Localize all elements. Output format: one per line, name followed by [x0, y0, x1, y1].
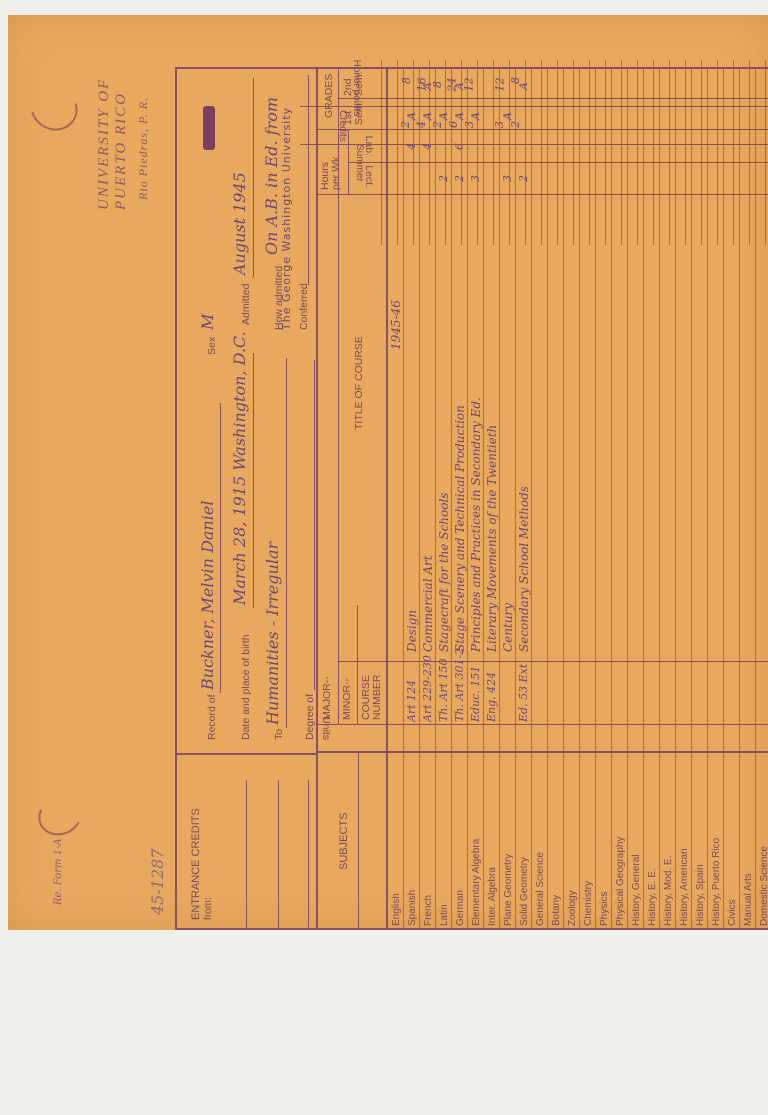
title-of-course-header: TITLE OF COURSE: [353, 336, 365, 430]
entrance-credits-from: from:: [203, 897, 214, 920]
subjects-units-divider: [358, 752, 359, 930]
course-title: Stagecraft for the Schools: [437, 493, 451, 652]
degree-label: Degree of: [304, 694, 316, 740]
credits-value: 4: [415, 121, 428, 128]
credits-value: 2: [509, 121, 522, 128]
stain-mark: [22, 77, 86, 139]
conferred-label: Conferred: [298, 283, 310, 330]
honor-points-value: 16: [416, 78, 429, 92]
course-title: Stage Scenery and Technical Production: [453, 405, 467, 652]
course-number-header: COURSE NUMBER: [361, 660, 383, 720]
course-number: Eng. 424: [485, 672, 498, 722]
dob-underline: [253, 353, 254, 608]
credits-value: 2: [399, 121, 412, 128]
summer-header: Summer: [354, 138, 365, 188]
record-of-label: Record of: [206, 694, 218, 740]
admitted-underline: [253, 78, 254, 278]
honor-points-value: 8: [509, 77, 522, 84]
credits-value: 2: [431, 121, 444, 128]
file-number: 45-1287: [148, 849, 167, 915]
subjects-header: SUBJECTS: [338, 813, 350, 870]
form-id: Re. Form 1-A: [53, 838, 64, 905]
to-label: To: [273, 729, 285, 740]
frame-top: [175, 68, 177, 930]
entrance-line-2: [278, 780, 279, 930]
admitted-label: Admitted: [240, 284, 252, 325]
honor-points-value: 12: [463, 78, 476, 92]
course-number: Art 124: [405, 680, 418, 722]
course-title: Commercial Art: [421, 555, 435, 652]
major-header: MAJOR--: [321, 676, 333, 720]
course-title: Principles and Practices in Secondary Ed…: [469, 397, 483, 652]
credits-value: 3: [463, 121, 476, 128]
honor-points-value: 24: [446, 78, 459, 92]
course-number: Th. Art 150: [437, 658, 450, 722]
course-title: Secondary School Methods: [517, 486, 531, 652]
credits-header: Credits: [337, 96, 348, 156]
credits-value: 3: [493, 121, 506, 128]
entrance-credits-title: ENTRANCE CREDITS: [190, 808, 202, 920]
course-title: Century: [501, 603, 515, 652]
institution-name: UNIVERSITY OF PUERTO RICO: [96, 15, 130, 210]
admitted-value: August 1945: [230, 172, 249, 275]
redaction-mark: [203, 106, 215, 150]
credits-value: 6: [447, 121, 460, 128]
record-underline: [220, 403, 221, 693]
course-number: Th. Art 301-2: [453, 648, 466, 722]
dob-label: Date and place of birth: [240, 634, 252, 740]
stain-mark: [33, 791, 87, 842]
honor-points-value: 12: [494, 78, 507, 92]
record-of-value: Buckner, Melvin Daniel: [198, 501, 217, 690]
entrance-line-1: [246, 780, 247, 930]
institution-location: Rio Piedras, P. R.: [136, 97, 151, 200]
sex-value: M: [198, 314, 217, 330]
course-number: Art 229-230: [421, 655, 434, 722]
degree-underline: [314, 360, 315, 690]
minor-row-line: [357, 605, 358, 725]
course-title: Design: [405, 610, 419, 652]
credits-honor-area: Honor points Credits Summer 8 16 8 24 12…: [300, 60, 768, 245]
how-admitted-value-2: The George Washington University: [280, 107, 293, 330]
credits-label: Credits: [337, 110, 348, 142]
dob-value: March 28, 1915 Washington, D.C.: [230, 331, 249, 605]
year-label: 1945-46: [389, 300, 403, 350]
honor-points-value: 8: [400, 77, 413, 84]
course-number: Educ. 151: [469, 666, 482, 722]
course-title: Literary Movements of the Twentieth: [485, 425, 499, 652]
entrance-divider: [175, 753, 317, 755]
entrance-line-3: [308, 780, 309, 930]
minor-header: MINOR--: [341, 678, 353, 720]
sex-label: Sex: [206, 337, 218, 355]
course-number: Ed. 53 Ext: [517, 664, 530, 722]
honor-points-value: 8: [431, 81, 444, 88]
summer-label: Summer: [354, 144, 365, 182]
how-admitted-value: On A.B. in Ed. from: [262, 97, 281, 255]
to-underline: [286, 358, 287, 728]
to-value: Humanities - Irregular: [263, 542, 282, 725]
honor-points-label: Honor points: [351, 60, 362, 117]
